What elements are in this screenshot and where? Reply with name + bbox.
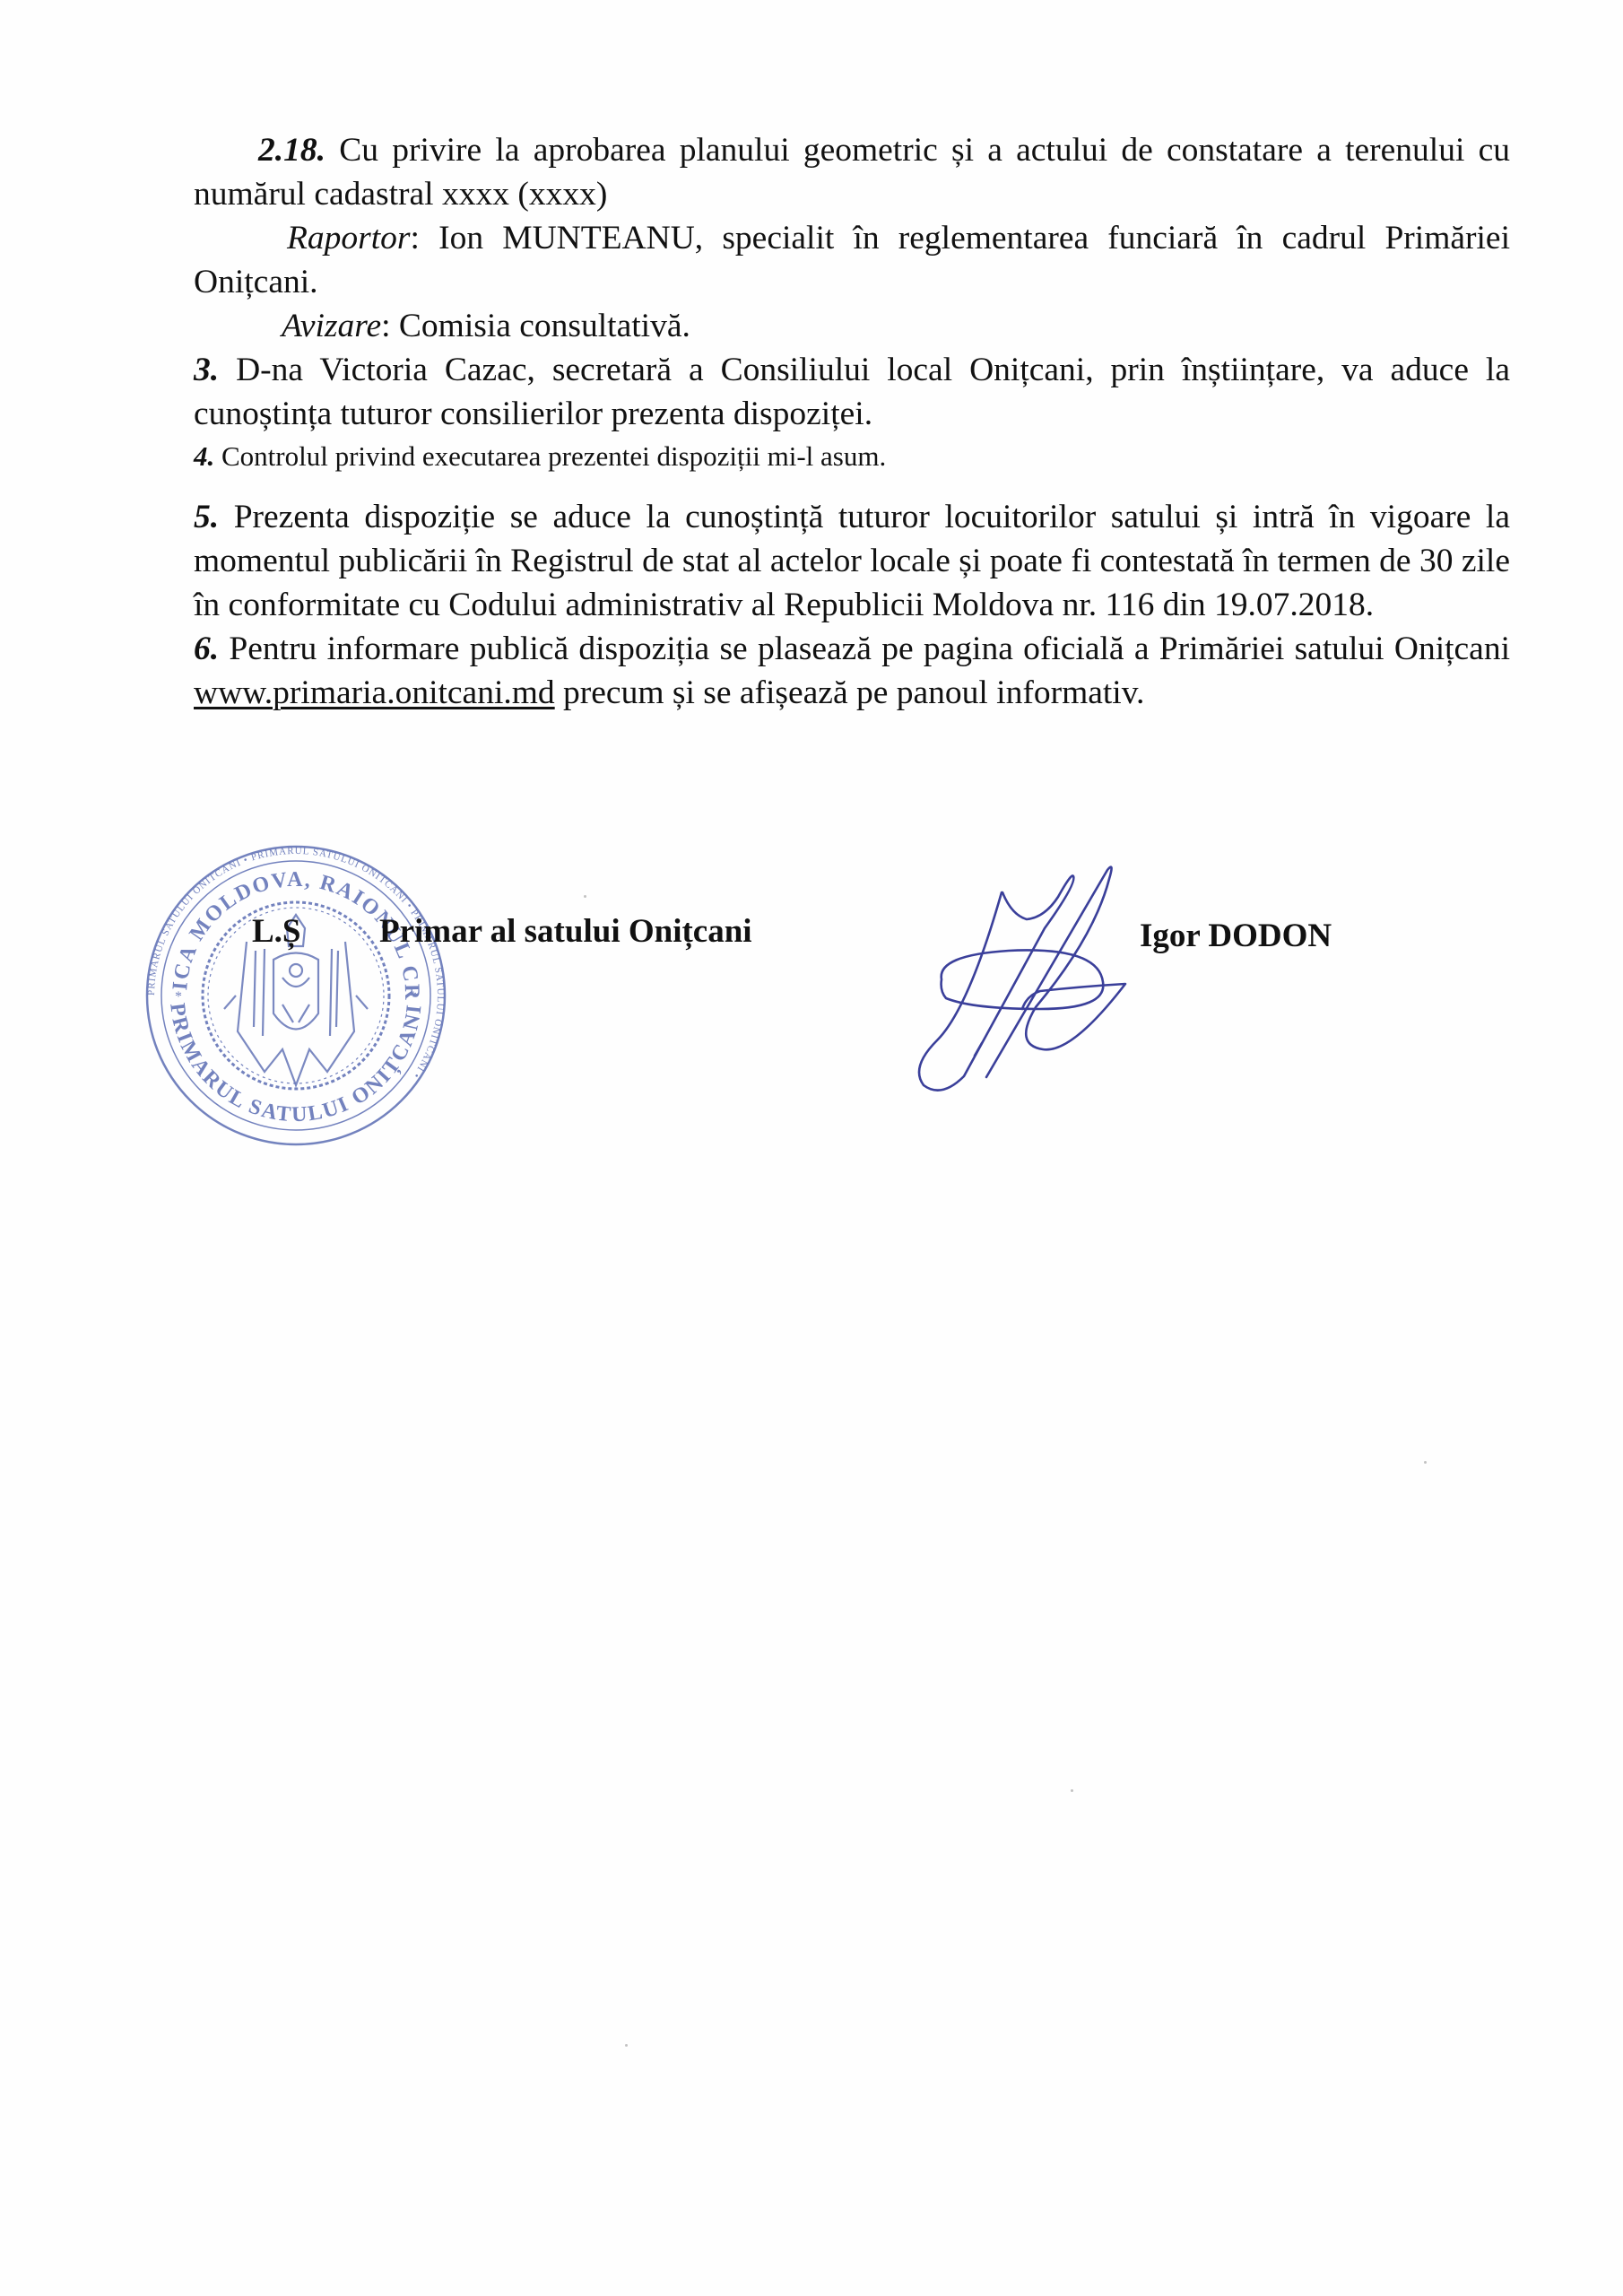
scan-speck [1071, 1789, 1073, 1792]
paragraph-text: : Comisia consultativă. [381, 308, 690, 344]
paragraph-raportor: Raportor: Ion MUNTEANU, specialit în reg… [194, 216, 1510, 304]
paragraph-2-18: 2.18. Cu privire la aprobarea planului g… [194, 128, 1510, 216]
paragraph-5: 5. Prezenta dispoziție se aduce la cunoș… [194, 495, 1510, 627]
item-number: 5. [194, 499, 219, 535]
paragraph-6: 6. Pentru informare publică dispoziția s… [194, 627, 1510, 715]
mayor-name: Igor DODON [1140, 917, 1332, 955]
scan-speck [584, 895, 586, 898]
signature-icon [901, 857, 1143, 1099]
paragraph-text: D-na Victoria Cazac, secretară a Consili… [194, 352, 1510, 432]
mayor-title: Primar al satului Onițcani [379, 912, 752, 951]
official-stamp-icon: PRIMARUL SATULUI ONITCANI • PRIMARUL SAT… [139, 843, 453, 1148]
document-body: 2.18. Cu privire la aprobarea planului g… [194, 128, 1510, 715]
scan-speck [625, 2044, 628, 2047]
scan-speck [1424, 1461, 1427, 1464]
avizare-label: Avizare [282, 308, 381, 344]
item-number: 6. [194, 631, 219, 667]
paragraph-text: precum și se afișează pe panoul informat… [555, 674, 1145, 711]
stamp-bottom-text: PRIMARUL SATULUI ONIȚCANI [165, 1002, 427, 1126]
svg-text:*: * [175, 989, 182, 1004]
paragraph-text: Prezenta dispoziție se aduce la cunoștin… [194, 499, 1510, 623]
item-number: 3. [194, 352, 219, 388]
svg-text:*: * [410, 989, 417, 1004]
svg-text:PRIMARUL SATULUI ONIȚCANI: PRIMARUL SATULUI ONIȚCANI [165, 1002, 427, 1126]
item-number: 4. [194, 440, 214, 472]
paragraph-4: 4. Controlul privind executarea prezente… [194, 436, 1510, 477]
website-link[interactable]: www.primaria.onitcani.md [194, 674, 555, 711]
paragraph-text: Pentru informare publică dispoziția se p… [219, 631, 1510, 667]
paragraph-3: 3. D-na Victoria Cazac, secretară a Cons… [194, 348, 1510, 436]
paragraph-text: Cu privire la aprobarea planului geometr… [194, 132, 1510, 213]
document-page: 2.18. Cu privire la aprobarea planului g… [0, 0, 1623, 2296]
raportor-label: Raportor [287, 220, 411, 257]
item-number: 2.18. [258, 132, 325, 169]
paragraph-text: Controlul privind executarea prezentei d… [214, 440, 886, 472]
paragraph-avizare: Avizare: Comisia consultativă. [194, 304, 1510, 348]
ls-seal-mark: L.Ș [252, 912, 301, 951]
